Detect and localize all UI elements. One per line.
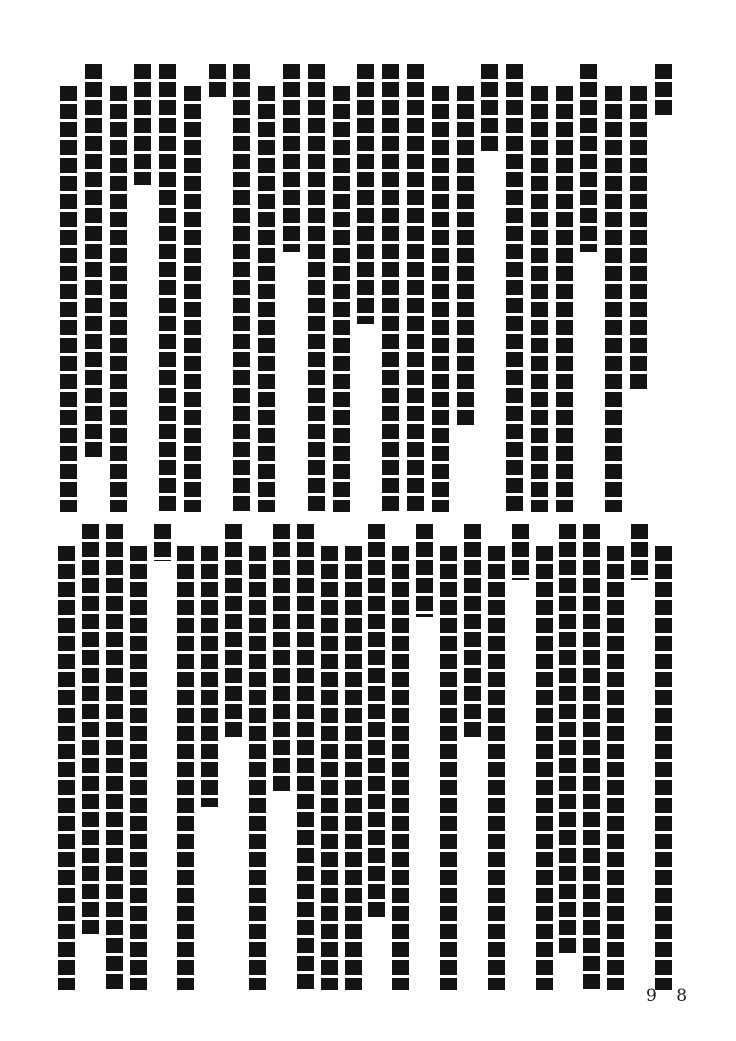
text-column-redacted — [630, 86, 647, 391]
text-column-redacted — [580, 64, 597, 252]
text-column-redacted — [583, 524, 600, 990]
text-column-redacted — [130, 546, 147, 990]
text-column-redacted — [512, 524, 529, 580]
text-column-redacted — [283, 64, 300, 252]
text-column-redacted — [382, 64, 399, 512]
text-column-redacted — [184, 86, 201, 512]
text-column-redacted — [58, 546, 75, 990]
text-column-redacted — [432, 86, 449, 512]
text-column-redacted — [297, 524, 314, 990]
text-column-redacted — [655, 546, 672, 990]
text-column-redacted — [177, 546, 194, 990]
text-column-redacted — [60, 86, 77, 512]
text-column-redacted — [368, 524, 385, 920]
text-column-redacted — [416, 524, 433, 617]
text-column-redacted — [106, 524, 123, 990]
page-number: 9 8 — [646, 986, 694, 1006]
text-column-redacted — [457, 86, 474, 426]
scanned-novel-page: 9 8 — [0, 0, 736, 1041]
text-column-redacted — [531, 86, 548, 512]
text-column-redacted — [110, 86, 127, 512]
text-column-redacted — [655, 64, 672, 118]
text-column-redacted — [345, 546, 362, 990]
text-column-redacted — [249, 546, 266, 990]
text-column-redacted — [233, 64, 250, 512]
text-column-redacted — [607, 546, 624, 990]
text-column-redacted — [488, 546, 505, 990]
text-column-redacted — [273, 524, 290, 794]
text-column-redacted — [464, 524, 481, 738]
text-column-redacted — [559, 524, 576, 953]
text-column-redacted — [631, 524, 648, 580]
text-block-bottom — [58, 524, 672, 990]
text-column-redacted — [225, 524, 242, 738]
text-column-redacted — [536, 546, 553, 990]
text-column-redacted — [506, 64, 523, 512]
text-column-redacted — [481, 64, 498, 154]
text-column-redacted — [82, 524, 99, 934]
text-column-redacted — [258, 86, 275, 512]
text-column-redacted — [392, 546, 409, 990]
text-column-redacted — [308, 64, 325, 512]
text-column-redacted — [85, 64, 102, 458]
text-column-redacted — [440, 546, 457, 990]
text-column-redacted — [321, 546, 338, 990]
text-block-top — [60, 64, 672, 512]
text-column-redacted — [605, 86, 622, 512]
text-column-redacted — [209, 64, 226, 100]
text-column-redacted — [134, 64, 151, 185]
text-column-redacted — [154, 524, 171, 561]
text-column-redacted — [333, 86, 350, 512]
text-column-redacted — [556, 86, 573, 512]
text-column-redacted — [407, 64, 424, 512]
text-column-redacted — [159, 64, 176, 512]
text-column-redacted — [357, 64, 374, 324]
text-column-redacted — [201, 546, 218, 807]
